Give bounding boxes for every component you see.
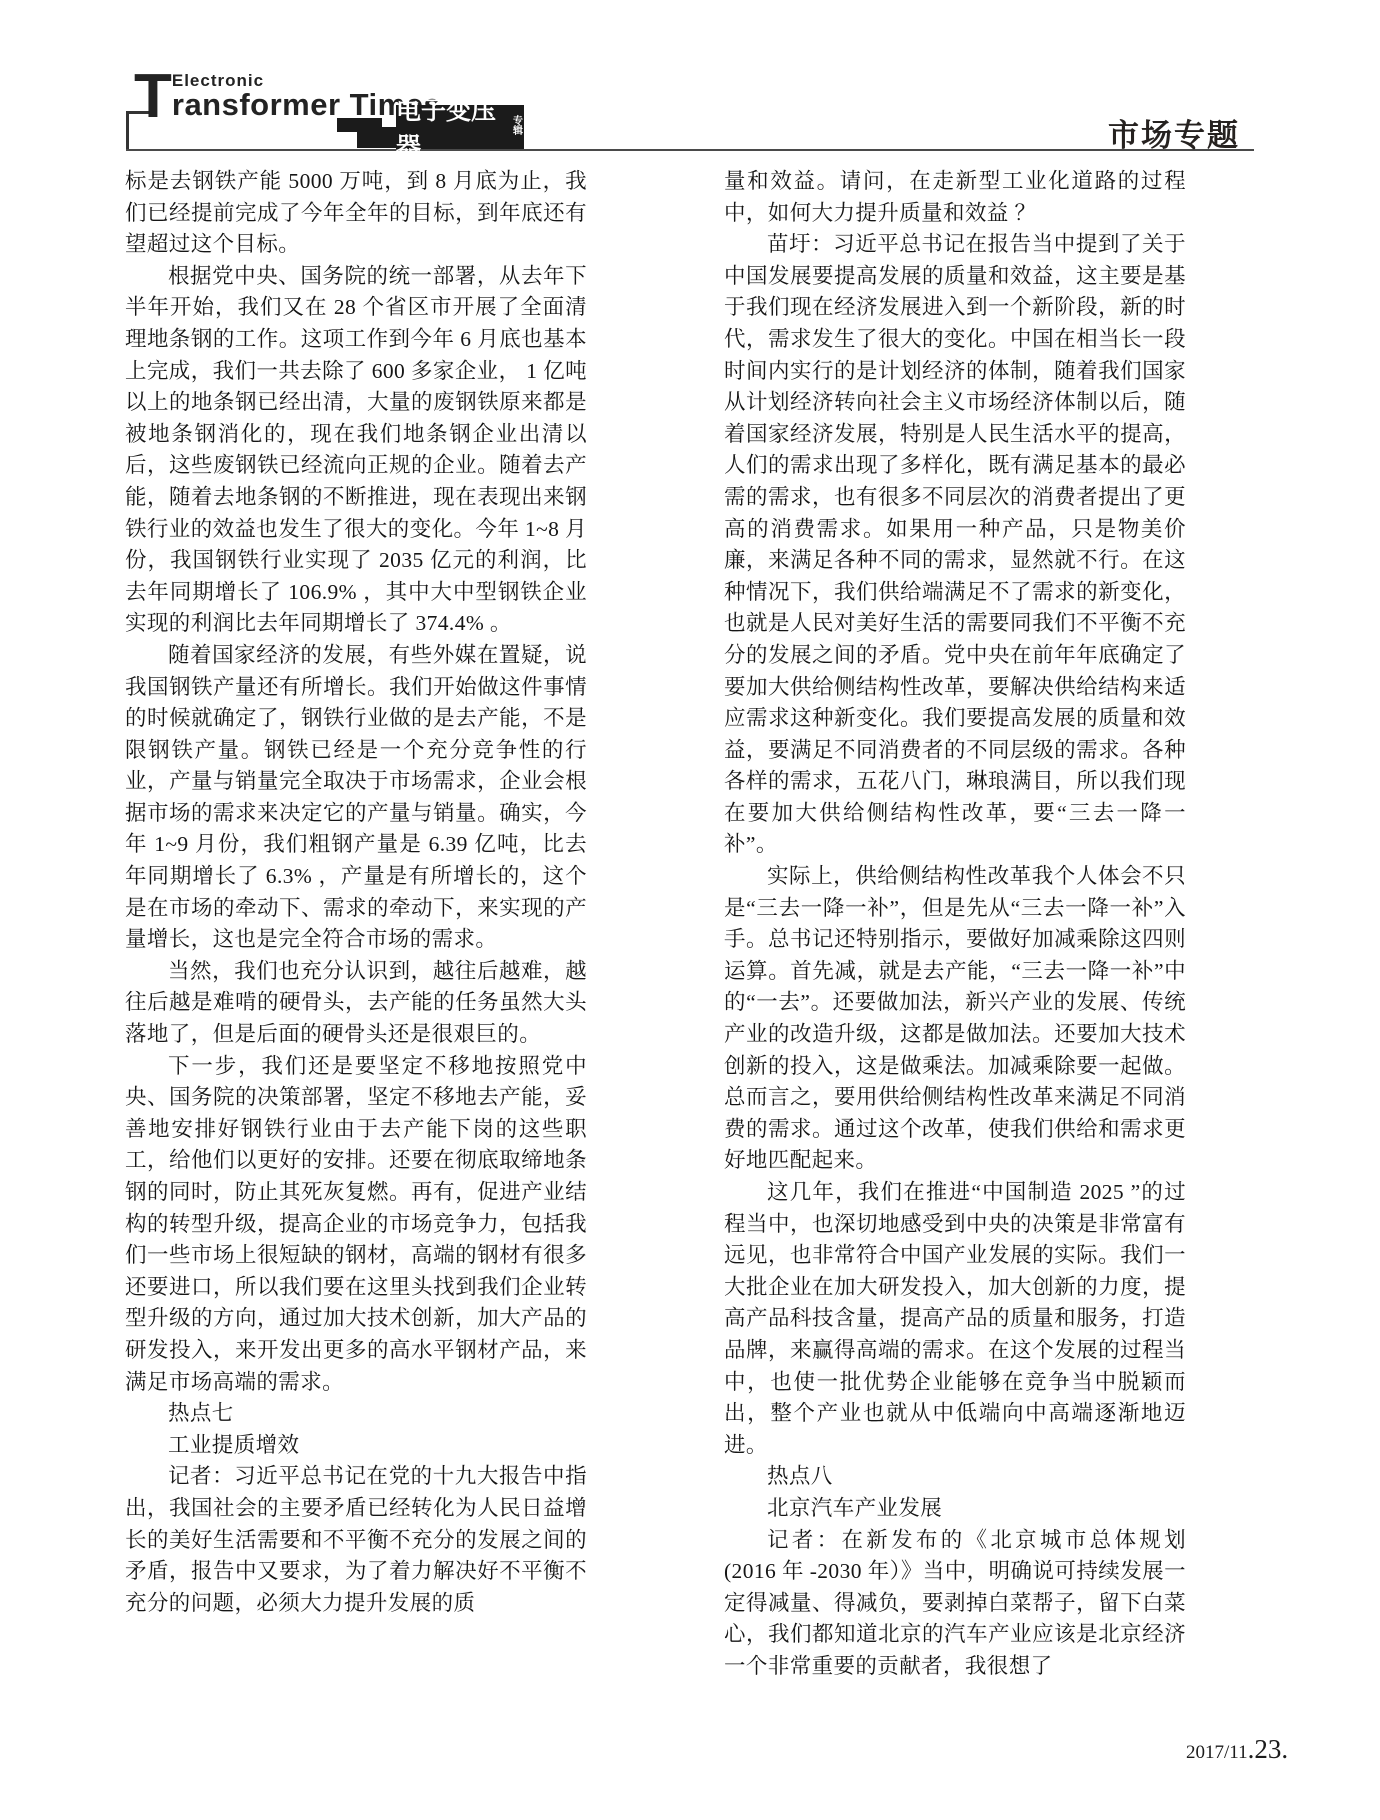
right-column: 量和效益。请问，在走新型工业化道路的过程中，如何大力提升质量和效益 ？苗圩：习近… xyxy=(724,166,1186,1683)
paragraph: 当然，我们也充分认识到，越往后越难，越往后越是难啃的硬骨头，去产能的任务虽然大头… xyxy=(125,956,587,1051)
paragraph: 热点七 xyxy=(125,1398,587,1430)
paragraph: 量和效益。请问，在走新型工业化道路的过程中，如何大力提升质量和效益 ？ xyxy=(724,166,1186,229)
logo-initial: T xyxy=(134,72,170,123)
page-value: .23. xyxy=(1248,1734,1289,1764)
issue-number: 2017/11 xyxy=(1186,1742,1248,1763)
left-column: 标是去钢铁产能 5000 万吨，到 8 月底为止，我们已经提前完成了今年全年的目… xyxy=(125,166,587,1619)
paragraph: 北京汽车产业发展 xyxy=(724,1493,1186,1525)
badge-title-text: 电子变压器 xyxy=(396,91,511,163)
paragraph: 记者：习近平总书记在党的十九大报告中指出，我国社会的主要矛盾已经转化为人民日益增… xyxy=(125,1461,587,1619)
paragraph: 实际上，供给侧结构性改革我个人体会不只是“三去一降一补”，但是先从“三去一降一补… xyxy=(724,861,1186,1177)
paragraph: 根据党中央、国务院的统一部署，从去年下半年开始，我们又在 28 个省区市开展了全… xyxy=(125,261,587,640)
paragraph: 下一步，我们还是要坚定不移地按照党中央、国务院的决策部署，坚定不移地去产能，妥善… xyxy=(125,1051,587,1399)
paragraph: 热点八 xyxy=(724,1461,1186,1493)
title-badge: 电子变压器 专辑 xyxy=(396,105,524,149)
paragraph: 苗圩：习近平总书记在报告当中提到了关于中国发展要提高发展的质量和效益，这主要是基… xyxy=(724,229,1186,861)
badge-subtitle-text: 专辑 xyxy=(513,117,524,137)
paragraph: 随着国家经济的发展，有些外媒在置疑，说我国钢铁产量还有所增长。我们开始做这件事情… xyxy=(125,640,587,956)
paragraph: 记者：在新发布的《北京城市总体规划 (2016 年 -2030 年）》当中，明确… xyxy=(724,1525,1186,1683)
paragraph: 这几年，我们在推进“中国制造 2025 ”的过程当中，也深切地感受到中央的决策是… xyxy=(724,1177,1186,1461)
paragraph: 标是去钢铁产能 5000 万吨，到 8 月底为止，我们已经提前完成了今年全年的目… xyxy=(125,166,587,261)
header-rule-horizontal xyxy=(126,149,1254,151)
page-number: 2017/11.23. xyxy=(1186,1734,1288,1765)
section-title: 市场专题 xyxy=(1108,110,1240,155)
paragraph: 工业提质增效 xyxy=(125,1430,587,1462)
header-rule-vertical xyxy=(126,111,129,151)
magazine-page: T Electronic ransformer Times — 电子变压器 专辑… xyxy=(0,0,1380,1820)
